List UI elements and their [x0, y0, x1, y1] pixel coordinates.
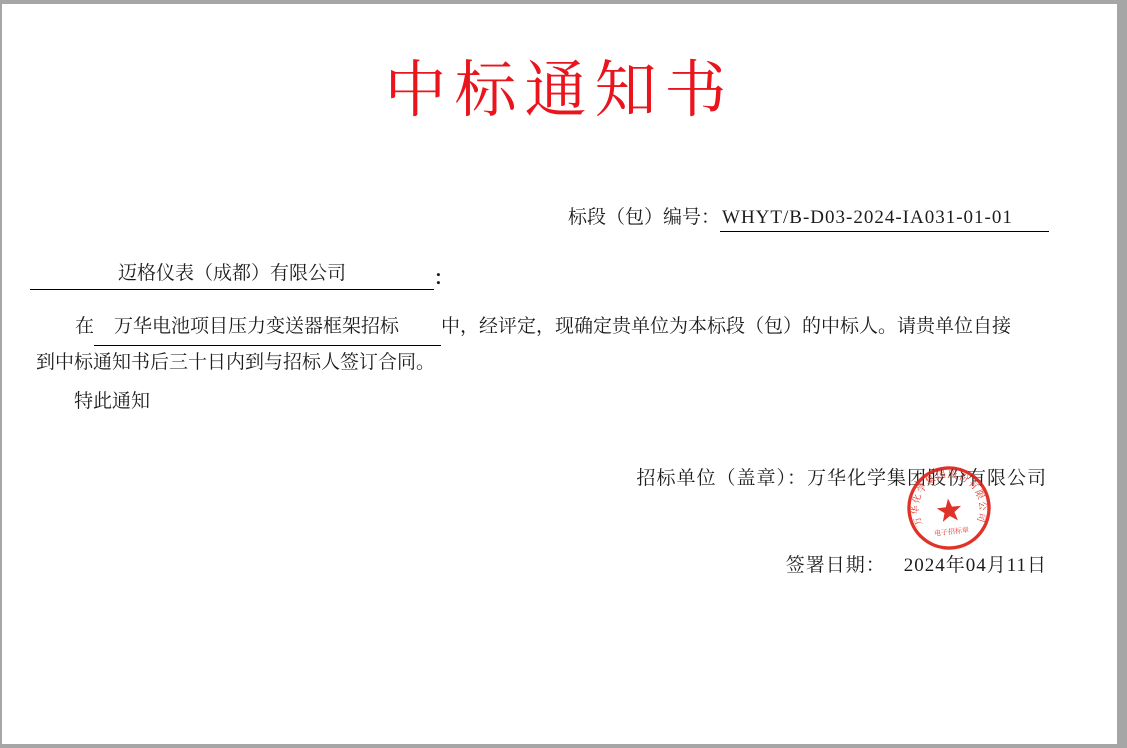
- body-paragraph: 在万华电池项目压力变送器框架招标中，经评定，现确定贵单位为本标段（包）的中标人。…: [36, 310, 1050, 380]
- issuer-company-name: 万华化学集团股份有限公司: [807, 468, 1047, 489]
- recipient-company-name: 迈格仪表（成都）有限公司: [30, 258, 434, 290]
- seal-bottom-text: 电子招标章: [934, 525, 970, 538]
- issuer-label: 招标单位（盖章）：: [636, 468, 807, 489]
- notice-statement: 特此通知: [74, 386, 150, 413]
- document-title: 中标通知书: [2, 40, 1117, 129]
- date-label: 签署日期：: [786, 555, 886, 576]
- body-prefix: 在: [75, 316, 94, 337]
- signing-date-line: 签署日期：2024年04月11日: [786, 550, 1047, 577]
- seal-star-icon: [936, 497, 963, 522]
- issuer-line: 招标单位（盖章）：万华化学集团股份有限公司: [636, 463, 1047, 490]
- recipient-colon: ：: [434, 268, 453, 289]
- document-viewer: 中标通知书 标段（包）编号：WHYT/B-D03-2024-IA031-01-0…: [0, 0, 1127, 748]
- section-number-line: 标段（包）编号：WHYT/B-D03-2024-IA031-01-01: [568, 202, 1049, 232]
- body-line-1: 在万华电池项目压力变送器框架招标中，经评定，现确定贵单位为本标段（包）的中标人。…: [36, 310, 1050, 346]
- body-line1-rest: 中，经评定，现确定贵单位为本标段（包）的中标人。请贵单位自接: [441, 316, 1011, 337]
- section-number-value: WHYT/B-D03-2024-IA031-01-01: [720, 207, 1049, 232]
- project-name-blank: 万华电池项目压力变送器框架招标: [94, 310, 441, 346]
- body-line-2: 到中标通知书后三十日内到与招标人签订合同。: [36, 346, 1050, 380]
- section-number-label: 标段（包）编号：: [568, 207, 720, 228]
- date-value: 2024年04月11日: [904, 555, 1047, 576]
- recipient-line: 迈格仪表（成都）有限公司：: [30, 258, 453, 290]
- notice-document-page: 中标通知书 标段（包）编号：WHYT/B-D03-2024-IA031-01-0…: [2, 4, 1117, 744]
